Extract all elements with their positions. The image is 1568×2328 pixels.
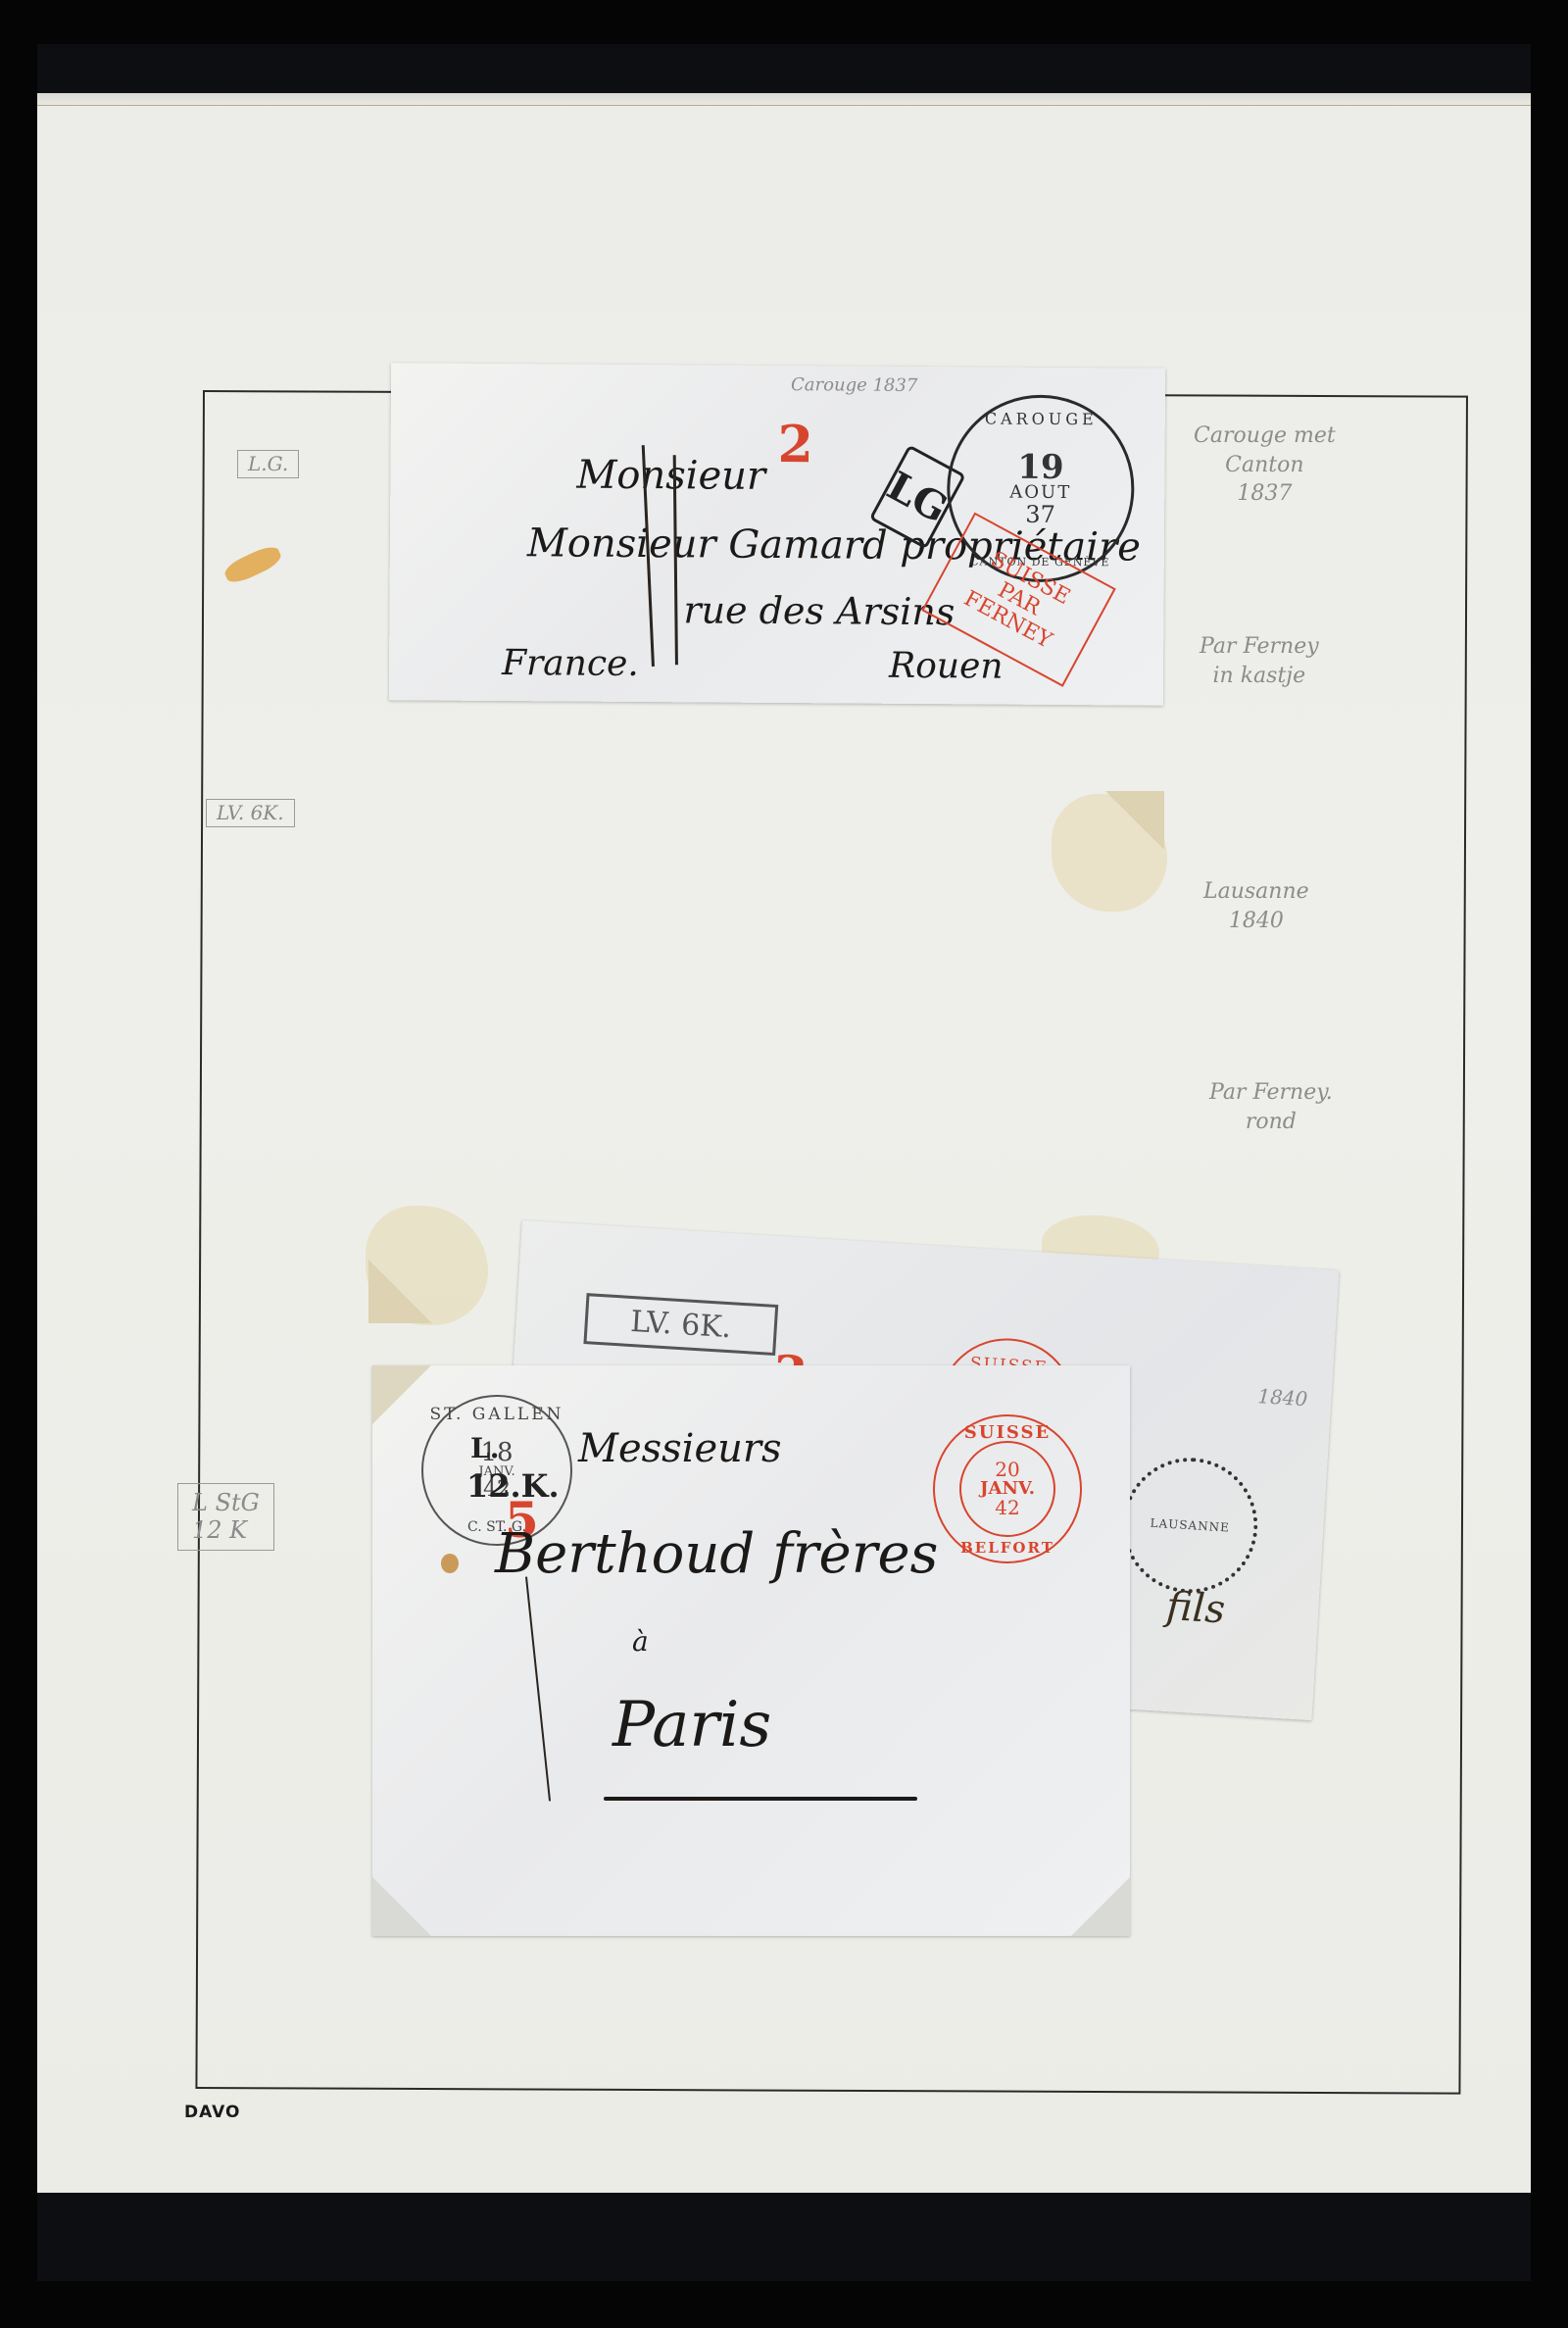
cover-carouge-1837[interactable]: Carouge 1837 Monsieur Monsieur Gamard pr… (389, 363, 1165, 706)
red-rate-mark: 2 (777, 415, 813, 474)
address-messieurs: Messieurs (578, 1426, 782, 1471)
address-a: à (632, 1625, 649, 1658)
address-line-5: Rouen (889, 646, 1004, 687)
suisse-belfort-postmark: SUISSE 20 JANV. 42 BELFORT (933, 1414, 1082, 1563)
margin-note-lg: L.G. (237, 450, 299, 478)
address-fragment: fils (1165, 1584, 1227, 1633)
margin-note-lv6k: LV. 6K. (206, 799, 295, 827)
address-line-4: France. (502, 643, 639, 684)
address-city: Paris (612, 1689, 771, 1761)
margin-note-par-ferney-kastje: Par Ferney in kastje (1200, 632, 1319, 690)
entry-inner-ring: 20 JANV. 42 (959, 1441, 1055, 1537)
postmark-town: CAROUGE (985, 411, 1098, 427)
lausanne-postmark: LAUSANNE (1118, 1454, 1261, 1597)
entry-bottom: BELFORT (960, 1541, 1054, 1556)
top-dark-band (37, 44, 1531, 98)
page-top-edge (37, 93, 1531, 106)
cover-pencil-note: Carouge 1837 (791, 373, 917, 398)
entry-day: 20 (995, 1460, 1019, 1479)
margin-note-par-ferney-rond: Par Ferney. rond (1209, 1078, 1333, 1136)
postmark-year: 37 (1025, 503, 1055, 527)
lv6k-box-handstamp: LV. 6K. (583, 1293, 778, 1356)
address-line-1: Monsieur (576, 453, 765, 499)
album-page: L.G. LV. 6K. L StG 12 K Carouge met Cant… (37, 93, 1531, 2193)
corner-mount (1071, 1877, 1130, 1936)
margin-note-lausanne: Lausanne 1840 (1203, 877, 1309, 935)
corner-mount (372, 1877, 431, 1936)
corner-mount (372, 1365, 431, 1424)
underline-stroke (604, 1797, 917, 1801)
l-handstamp: L. (470, 1432, 499, 1464)
entry-top: SUISSE (964, 1424, 1051, 1442)
bottom-dark-band (37, 2193, 1531, 2281)
margin-note-lstg: L StG 12 K (177, 1483, 274, 1551)
publisher-mark: DAVO (184, 2103, 240, 2122)
postmark-day: 19 (1017, 450, 1064, 484)
entry-year: 42 (995, 1498, 1019, 1517)
cover-pencil-note: 1840 (1257, 1383, 1308, 1412)
cover-st-gallen-1842[interactable]: ST. GALLEN 18 JANV. 42 C. ST. G. L. 12.K… (372, 1365, 1130, 1936)
address-name: Berthoud frères (495, 1522, 938, 1586)
margin-note-carouge: Carouge met Canton 1837 (1194, 421, 1336, 509)
address-line-3: rue des Arsins (683, 588, 955, 633)
postmark-town: ST. GALLEN (429, 1407, 563, 1423)
rate-stroke (525, 1577, 551, 1802)
ink-spot (441, 1554, 459, 1573)
postmark-town: LAUSANNE (1150, 1517, 1230, 1534)
